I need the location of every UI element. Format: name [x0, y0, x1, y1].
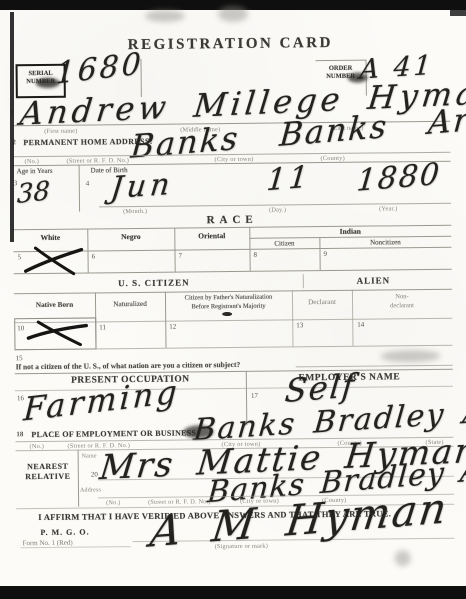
age-value: 38: [17, 176, 51, 210]
race-indian-noncitizen-header: Noncitizen: [319, 238, 451, 247]
nearest-relative-label-bottom: RELATIVE: [22, 472, 74, 482]
card-paper: REGISTRATION CARD SERIAL NUMBER 1680 ORD…: [0, 0, 466, 599]
relative-address-label: Address: [80, 487, 101, 493]
question-15-text: If not a citizen of the U. S., of what n…: [16, 360, 241, 371]
race-indian-citizen-header: Citizen: [249, 239, 319, 248]
father-naturalization-header-line2: Before Registrant's Majority: [165, 302, 292, 310]
item-number: 18: [16, 430, 23, 438]
race-white-header: White: [13, 233, 87, 243]
divider: [79, 165, 80, 212]
birth-month-value: Jun: [109, 167, 176, 206]
citizen-box-number: 13: [296, 321, 303, 329]
race-box-number: 8: [253, 251, 257, 259]
field-label: (No.): [106, 499, 121, 506]
scan-border-notch: [450, 10, 466, 16]
citizen-box-number: 12: [169, 323, 176, 331]
item-number: 20: [91, 470, 98, 478]
item-number: 16: [17, 394, 24, 402]
birth-year-value: 1880: [355, 157, 442, 199]
citizen-box-number: 14: [357, 321, 364, 329]
citizen-box-number: 10: [17, 324, 24, 332]
scan-smudge: [145, 10, 185, 22]
scan-border-bottom: [0, 586, 466, 599]
signature-label: (Signature or mark): [215, 543, 269, 551]
age-label: Age in Years: [17, 167, 53, 175]
item-number: 15: [16, 354, 23, 362]
scan-smudge: [395, 550, 411, 566]
answer-line: [296, 365, 453, 368]
scan-smudge: [381, 350, 441, 363]
pmgo-label: P. M. G. O.: [40, 528, 89, 538]
race-box-number: 7: [178, 252, 182, 260]
nearest-relative-label-top: NEAREST: [22, 462, 74, 472]
non-declarant-header-line1: Non-: [352, 293, 452, 301]
table-line: [303, 274, 304, 288]
registration-card-scan: REGISTRATION CARD SERIAL NUMBER 1680 ORD…: [0, 0, 466, 599]
race-box-number: 5: [18, 253, 22, 261]
item-number: 17: [251, 392, 258, 400]
scan-border-left: [10, 12, 14, 242]
us-citizen-header: U. S. CITIZEN: [14, 276, 294, 289]
relative-name-label: Name: [82, 453, 97, 459]
employment-place-label: PLACE OF EMPLOYMENT OR BUSINESS:: [31, 428, 199, 439]
scan-smudge: [218, 6, 248, 22]
form-line: [21, 546, 131, 548]
race-white-x-mark: [23, 245, 85, 278]
field-label: (First name): [44, 128, 77, 135]
race-box-number: 9: [323, 250, 327, 258]
native-born-x-mark: [26, 317, 90, 348]
birth-day-value: 11: [265, 159, 312, 198]
ink-mark: [222, 312, 232, 316]
item-number: 4: [86, 179, 90, 187]
race-box-number: 6: [91, 252, 95, 260]
naturalized-header: Naturalized: [95, 300, 165, 309]
table-line: [78, 450, 80, 507]
non-declarant-header-line2: declarant: [352, 302, 452, 310]
native-born-header: Native Born: [14, 300, 95, 309]
divider: [315, 60, 365, 62]
alien-header: ALIEN: [295, 275, 452, 287]
citizen-box-number: 11: [99, 323, 106, 331]
race-oriental-header: Oriental: [174, 231, 249, 241]
father-naturalization-header-line1: Citizen by Father's Naturalization: [165, 293, 292, 301]
race-negro-header: Negro: [87, 232, 174, 242]
declarant-header: Declarant: [292, 298, 352, 307]
